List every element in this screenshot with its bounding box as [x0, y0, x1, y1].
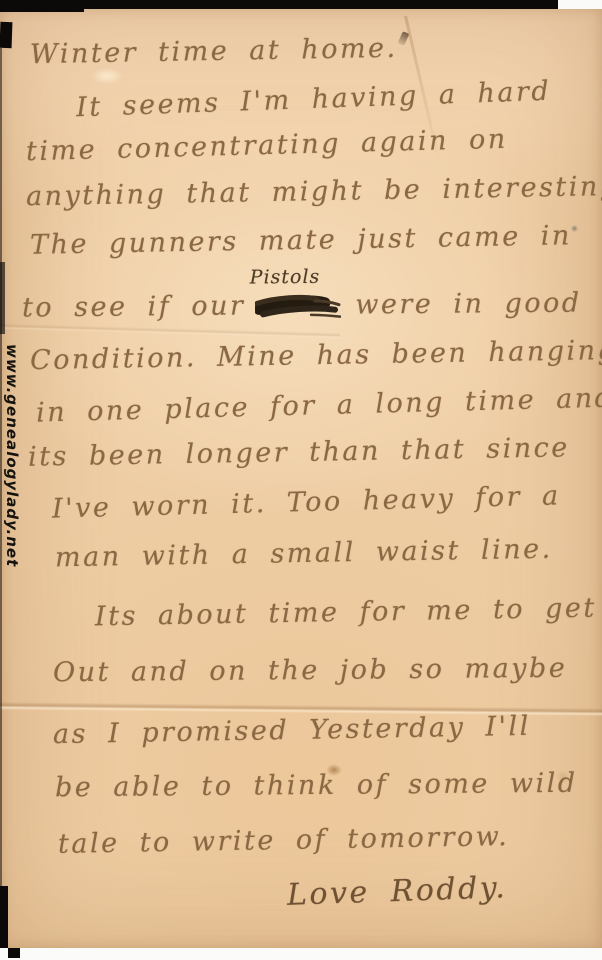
letter-line: as I promised Yesterday I'll [53, 713, 531, 748]
scanned-letter: www.genealogylady.net Winter time at hom… [0, 0, 602, 960]
ink-scribble [255, 293, 341, 322]
letter-line: time concentrating again on [26, 126, 508, 166]
letter-line: The gunners mate just came in [30, 222, 572, 258]
paper-highlight [92, 68, 122, 84]
letter-line: Condition. Mine has been hanging [30, 337, 602, 374]
letter-line: anything that might be interesting. [26, 173, 602, 211]
letter-line: Out and on the job so maybe [53, 655, 567, 686]
letter-line: Winter time at home. [30, 35, 398, 68]
letter-line-text-after: were in good [355, 288, 582, 321]
letter-line: its been longer than that since [28, 434, 570, 470]
scan-edge-bottom-white [0, 948, 602, 960]
letter-line-with-scribble: to see if ourPistols were in good [22, 290, 582, 324]
letter-line: in one place for a long time and [36, 384, 602, 426]
paper-speck [571, 225, 578, 232]
letter-line: Its about time for me to get [95, 595, 597, 631]
signature: Love Roddy. [287, 873, 508, 911]
letter-paper: www.genealogylady.net Winter time at hom… [0, 8, 602, 949]
watermark: www.genealogylady.net [3, 344, 21, 567]
fold-crease-upper [0, 323, 340, 338]
inserted-word: Pistols [250, 268, 321, 288]
letter-line-text-before: to see if our [22, 290, 246, 323]
letter-line: be able to think of some wild [55, 770, 578, 802]
letter-line: It seems I'm having a hard [76, 78, 552, 122]
scan-edge-bottom-square [8, 948, 20, 958]
letter-line: man with a small waist line. [55, 536, 553, 572]
letter-line: tale to write of tomorrow. [58, 823, 510, 858]
paper-mark [398, 31, 410, 46]
letter-line: I've worn it. Too heavy for a [52, 482, 561, 522]
